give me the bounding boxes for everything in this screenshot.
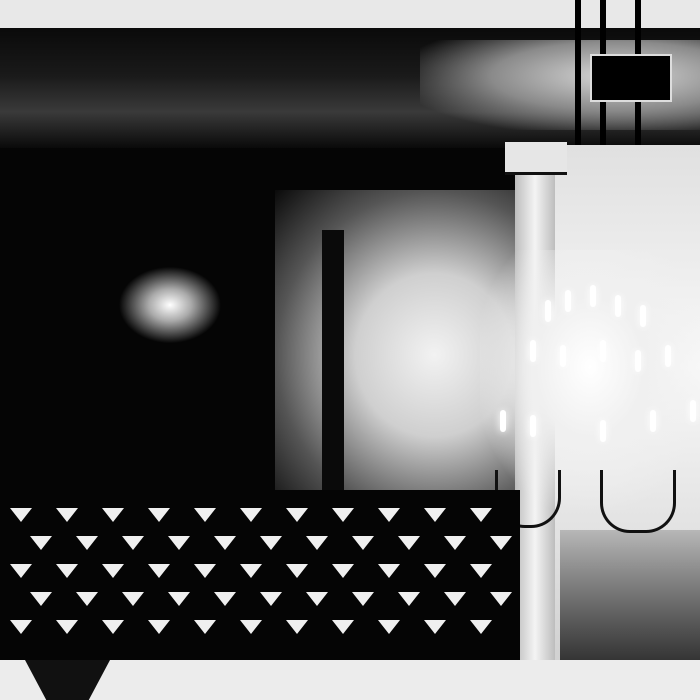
seat bbox=[378, 508, 400, 522]
candle bbox=[600, 420, 606, 442]
seat bbox=[444, 592, 466, 606]
hanging-rod bbox=[575, 0, 581, 145]
seat bbox=[424, 564, 446, 578]
candle bbox=[530, 415, 536, 437]
seat bbox=[306, 536, 328, 550]
candle bbox=[615, 295, 621, 317]
seat bbox=[490, 536, 512, 550]
seat bbox=[10, 564, 32, 578]
seat bbox=[214, 592, 236, 606]
seat bbox=[240, 620, 262, 634]
seat bbox=[10, 508, 32, 522]
seat bbox=[148, 508, 170, 522]
photo-scene bbox=[0, 0, 700, 700]
seat bbox=[470, 508, 492, 522]
seat bbox=[102, 564, 124, 578]
seating-rows bbox=[0, 490, 520, 660]
seat bbox=[214, 536, 236, 550]
candle bbox=[530, 340, 536, 362]
seat bbox=[240, 564, 262, 578]
candle bbox=[590, 285, 596, 307]
seat bbox=[56, 508, 78, 522]
seat bbox=[332, 508, 354, 522]
seat bbox=[378, 620, 400, 634]
candle bbox=[690, 400, 696, 422]
seat bbox=[30, 592, 52, 606]
seat bbox=[352, 536, 374, 550]
seat bbox=[444, 536, 466, 550]
seat bbox=[424, 508, 446, 522]
seat bbox=[10, 620, 32, 634]
seat bbox=[424, 620, 446, 634]
seat bbox=[168, 592, 190, 606]
seat bbox=[194, 508, 216, 522]
seat bbox=[398, 536, 420, 550]
seat bbox=[332, 564, 354, 578]
seat bbox=[470, 564, 492, 578]
seat bbox=[286, 508, 308, 522]
candle bbox=[560, 345, 566, 367]
seat bbox=[148, 620, 170, 634]
seat bbox=[56, 564, 78, 578]
candle bbox=[640, 305, 646, 327]
seat bbox=[260, 592, 282, 606]
seat bbox=[306, 592, 328, 606]
candle bbox=[565, 290, 571, 312]
seat bbox=[490, 592, 512, 606]
candle bbox=[650, 410, 656, 432]
seat bbox=[398, 592, 420, 606]
seat bbox=[30, 536, 52, 550]
seat bbox=[194, 620, 216, 634]
candle bbox=[600, 340, 606, 362]
seat bbox=[148, 564, 170, 578]
seat bbox=[56, 620, 78, 634]
seat bbox=[286, 620, 308, 634]
seat bbox=[122, 592, 144, 606]
seat bbox=[76, 536, 98, 550]
ceiling-band bbox=[0, 0, 700, 28]
seat bbox=[378, 564, 400, 578]
seat bbox=[76, 592, 98, 606]
seat bbox=[122, 536, 144, 550]
seat bbox=[102, 620, 124, 634]
seat bbox=[286, 564, 308, 578]
seat bbox=[168, 536, 190, 550]
seat bbox=[260, 536, 282, 550]
seat bbox=[352, 592, 374, 606]
hanging-sign bbox=[590, 54, 672, 102]
candle bbox=[500, 410, 506, 432]
candle bbox=[635, 350, 641, 372]
chandelier-arm bbox=[600, 470, 676, 533]
seat bbox=[470, 620, 492, 634]
column-capital bbox=[505, 142, 567, 175]
seat bbox=[102, 508, 124, 522]
seat bbox=[194, 564, 216, 578]
seat bbox=[332, 620, 354, 634]
seat bbox=[240, 508, 262, 522]
small-chandelier bbox=[110, 260, 230, 350]
candle bbox=[665, 345, 671, 367]
candle bbox=[545, 300, 551, 322]
dark-pillar bbox=[322, 230, 344, 490]
